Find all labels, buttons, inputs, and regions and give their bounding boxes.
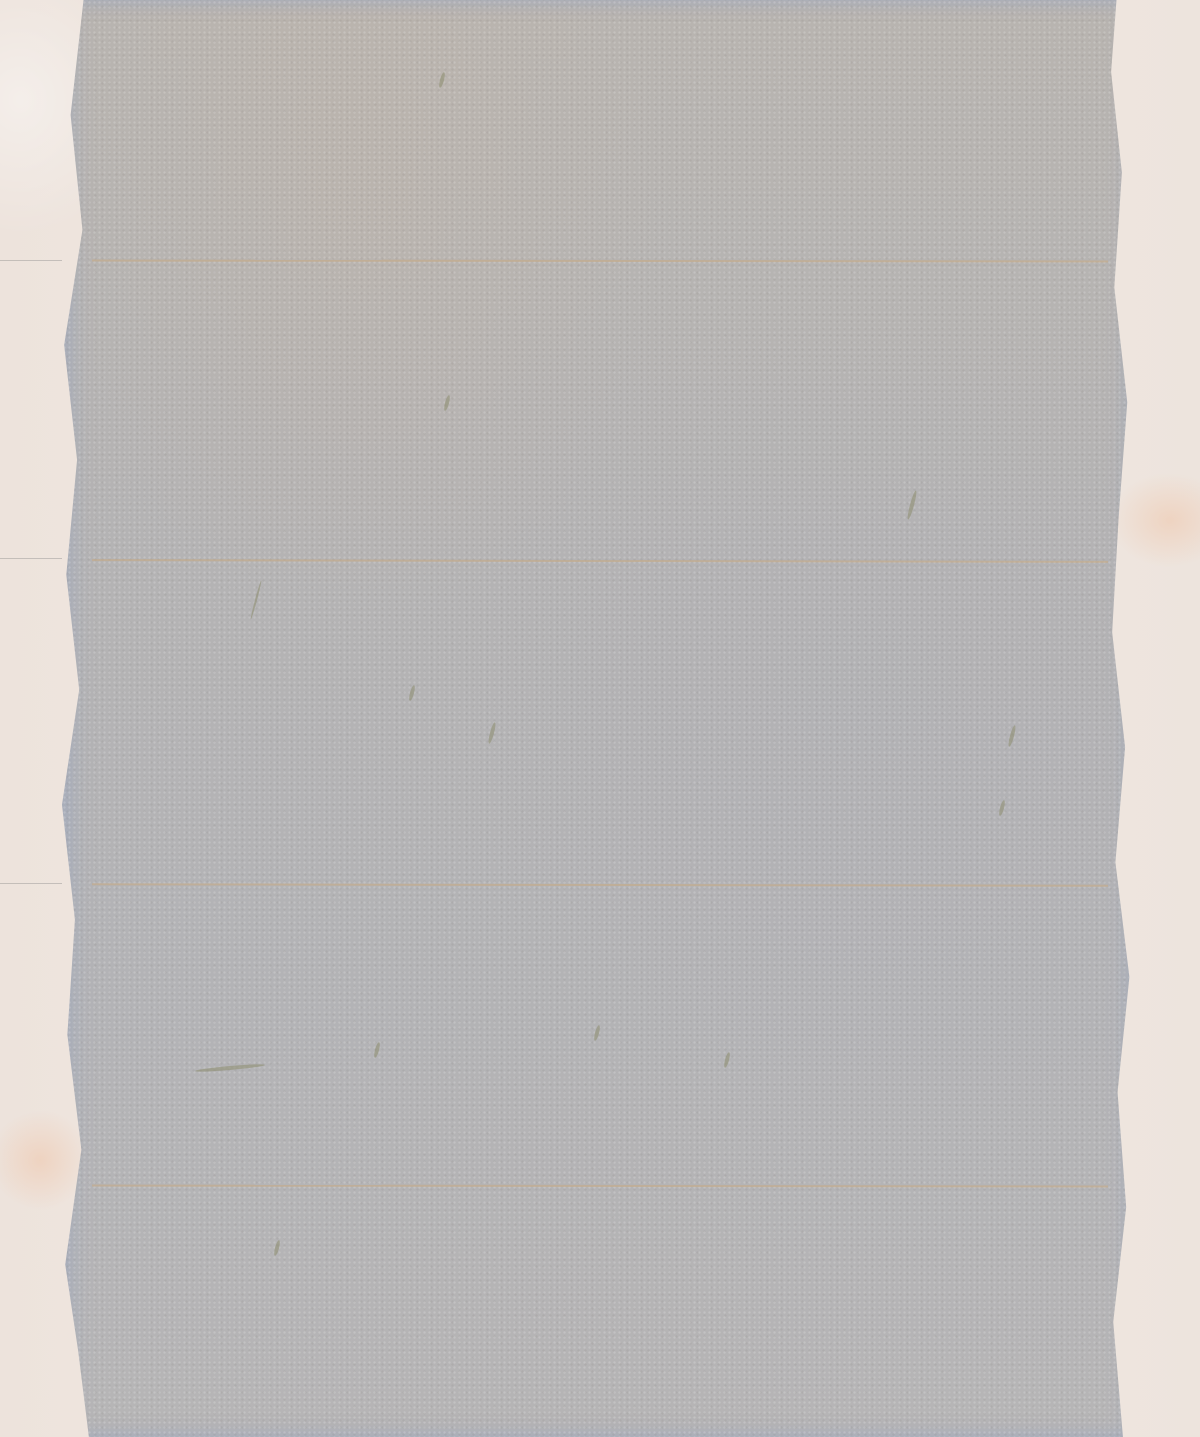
gray-wash-field (62, 0, 1138, 1437)
pencil-tick-mark (0, 558, 62, 559)
paper-grain-texture (62, 0, 1138, 1437)
pencil-tick-mark (0, 260, 62, 261)
pencil-tick-mark (0, 883, 62, 884)
